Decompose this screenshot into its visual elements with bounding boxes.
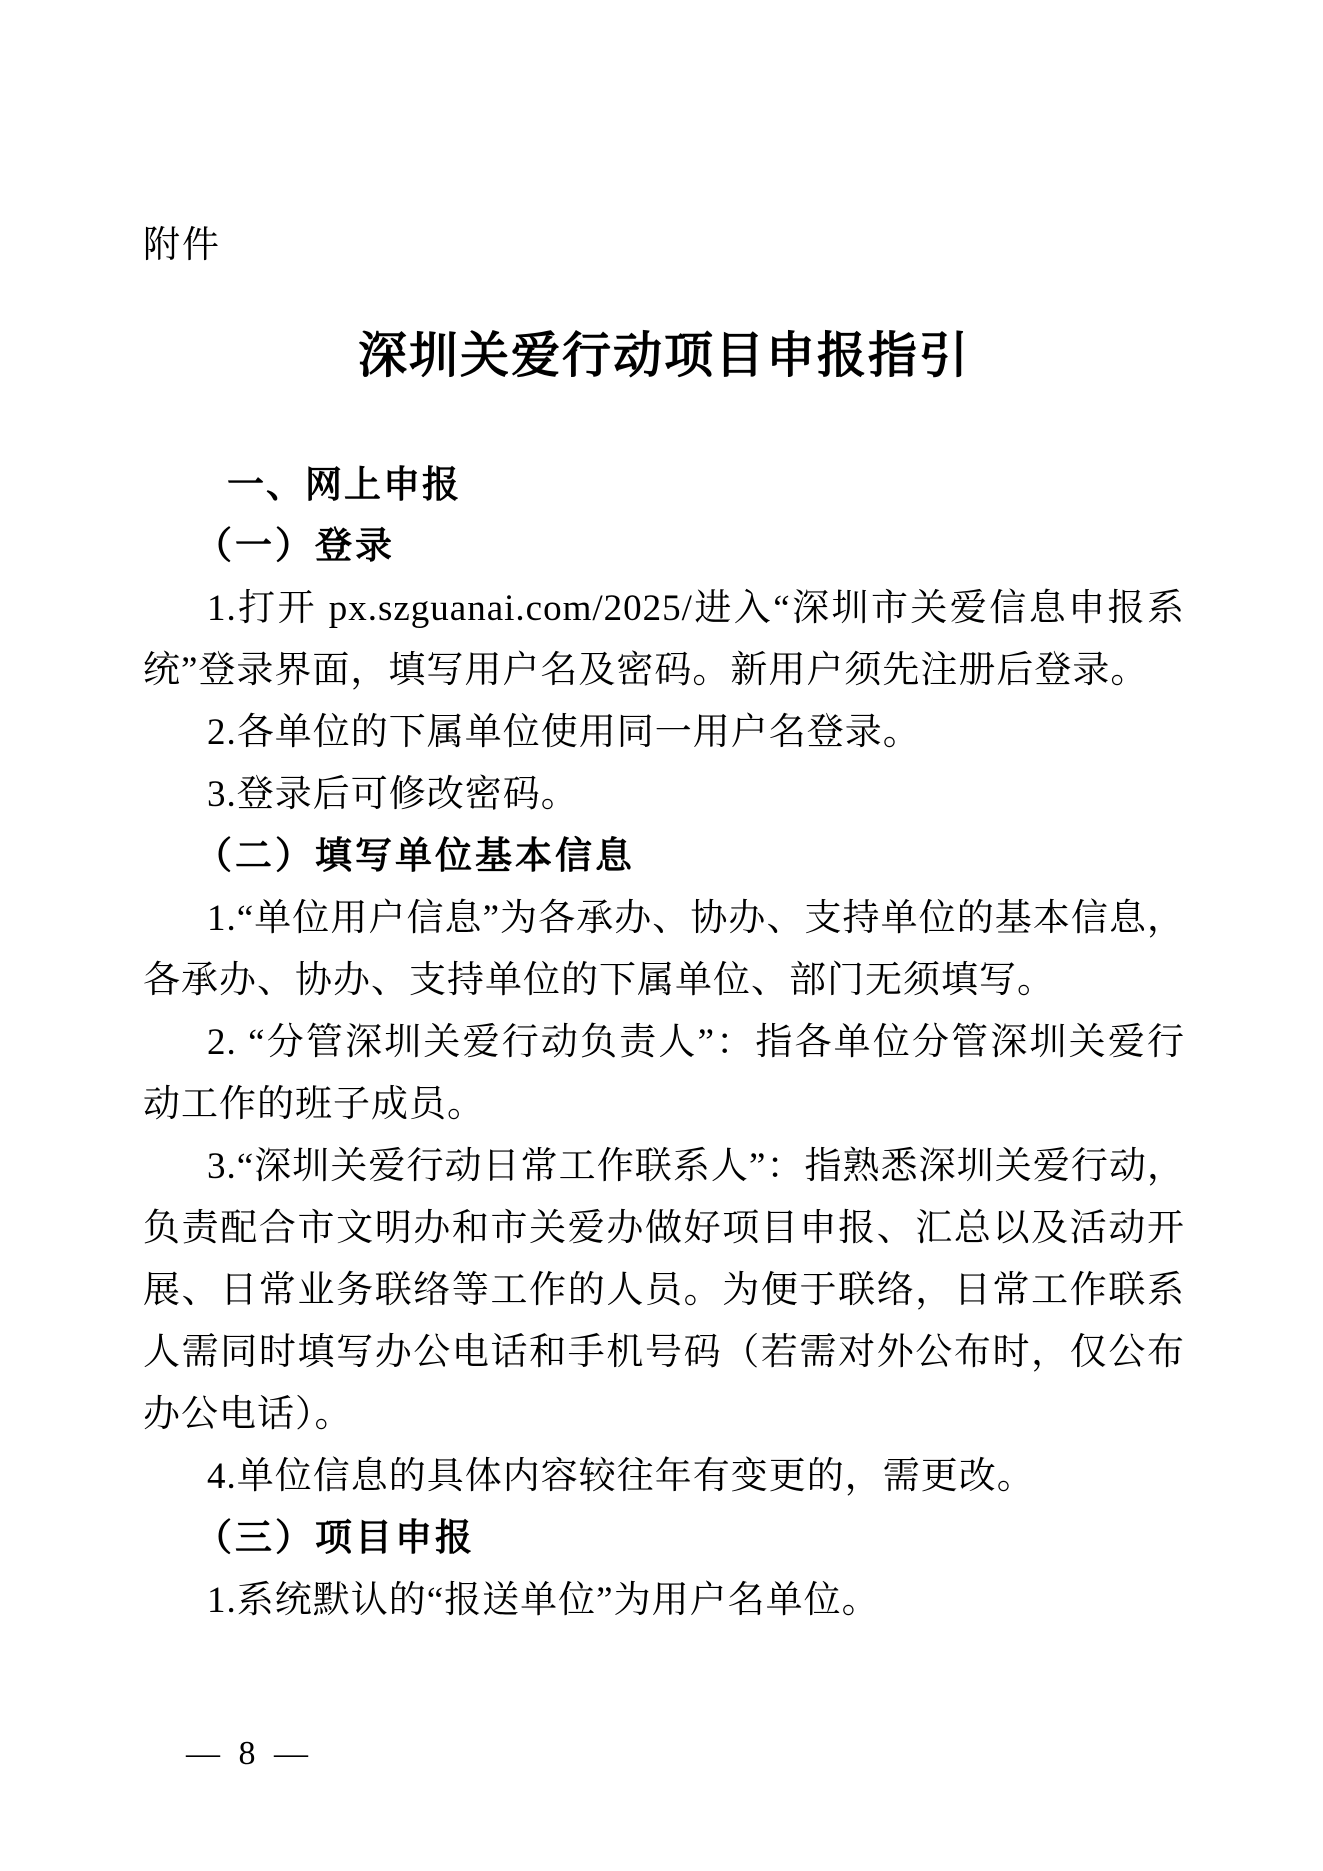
paragraph-unit-info-1: 1.“单位用户信息”为各承办、协办、支持单位的基本信息，各承办、协办、支持单位的… [143,888,1185,1012]
paragraph-project-application-1: 1.系统默认的“报送单位”为用户名单位。 [143,1570,1185,1632]
paragraph-login-step-3: 3.登录后可修改密码。 [143,764,1185,826]
paragraph-unit-info-2: 2. “分管深圳关爱行动负责人”：指各单位分管深圳关爱行动工作的班子成员。 [143,1012,1185,1136]
document-body: 一、网上申报 （一）登录 1.打开 px.szguanai.com/2025/进… [143,454,1185,1632]
paragraph-unit-info-4: 4.单位信息的具体内容较往年有变更的，需更改。 [143,1446,1185,1508]
subsection-heading-unit-info: （二）填写单位基本信息 [143,826,1185,888]
document-title: 深圳关爱行动项目申报指引 [143,330,1185,382]
paragraph-login-step-1: 1.打开 px.szguanai.com/2025/进入“深圳市关爱信息申报系统… [143,578,1185,702]
document-page: 附件 深圳关爱行动项目申报指引 一、网上申报 （一）登录 1.打开 px.szg… [0,0,1323,1871]
paragraph-unit-info-3: 3.“深圳关爱行动日常工作联系人”：指熟悉深圳关爱行动，负责配合市文明办和市关爱… [143,1136,1185,1446]
subsection-heading-login: （一）登录 [143,516,1185,578]
page-number: — 8 — [186,1736,313,1772]
paragraph-login-step-2: 2.各单位的下属单位使用同一用户名登录。 [143,702,1185,764]
subsection-heading-project-application: （三）项目申报 [143,1508,1185,1570]
attachment-label: 附件 [143,226,1185,266]
section-heading-online-application: 一、网上申报 [143,454,1185,516]
